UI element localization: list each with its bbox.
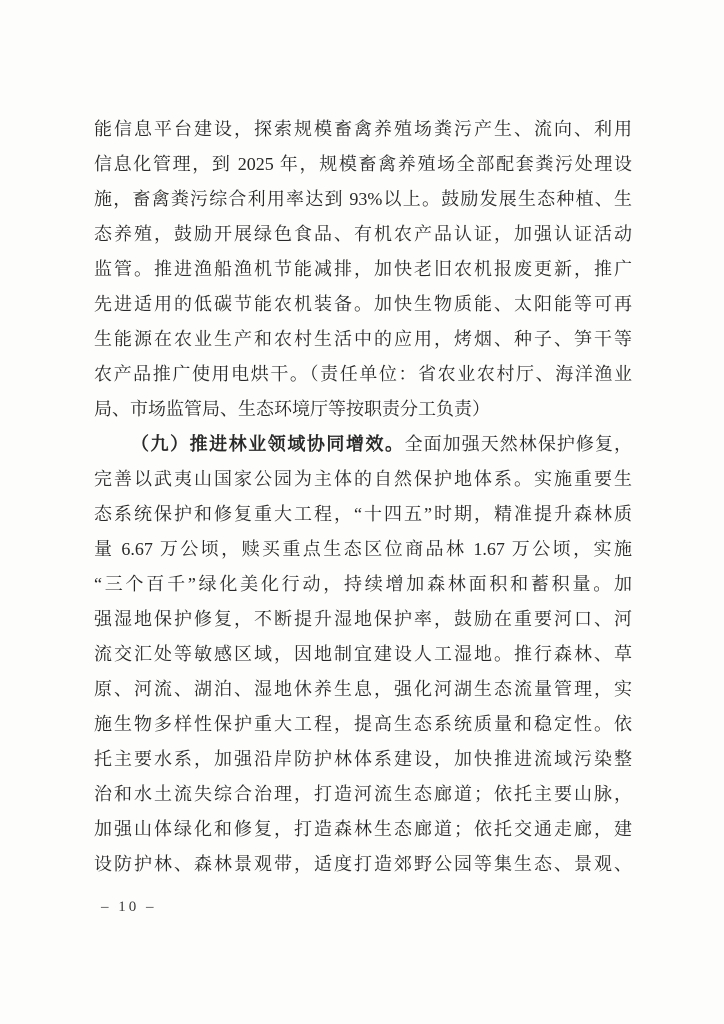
text-line: 托主要水系，加强沿岸防护林体系建设，加快推进流域污染整 <box>94 742 632 777</box>
text-line: 完善以武夷山国家公园为主体的自然保护地体系。实施重要生 <box>94 462 632 497</box>
text-line: 量 6.67 万公顷，赎买重点生态区位商品林 1.67 万公顷，实施 <box>94 532 632 567</box>
text-line: 施生物多样性保护重大工程，提高生态系统质量和稳定性。依 <box>94 707 632 742</box>
text-line-paragraph-end: 局、市场监管局、生态环境厅等按职责分工负责） <box>94 392 632 427</box>
text-line: 原、河流、湖泊、湿地休养生息，强化河湖生态流量管理，实 <box>94 672 632 707</box>
text-line: “三个百千”绿化美化行动，持续增加森林面积和蓄积量。加 <box>94 567 632 602</box>
text-line: 强湿地保护修复，不断提升湿地保护率，鼓励在重要河口、河 <box>94 602 632 637</box>
text-line: 能信息平台建设，探索规模畜禽养殖场粪污产生、流向、利用 <box>94 112 632 147</box>
document-body: 能信息平台建设，探索规模畜禽养殖场粪污产生、流向、利用 信息化管理，到 2025… <box>94 112 632 882</box>
text-line: 生能源在农业生产和农村生活中的应用，烤烟、种子、笋干等 <box>94 322 632 357</box>
page-number: – 10 – <box>101 899 157 915</box>
section-heading-title: （九）推进林业领域协同增效。 <box>131 434 405 454</box>
text-line: 态系统保护和修复重大工程，“十四五”时期，精准提升森林质 <box>94 497 632 532</box>
text-line: 态养殖，鼓励开展绿色食品、有机农产品认证，加强认证活动 <box>94 217 632 252</box>
text-line: 加强山体绿化和修复，打造森林生态廊道；依托交通走廊，建 <box>94 812 632 847</box>
text-line: 信息化管理，到 2025 年，规模畜禽养殖场全部配套粪污处理设 <box>94 147 632 182</box>
page-footer: – 10 – <box>101 899 157 916</box>
text-line: 施，畜禽粪污综合利用率达到 93%以上。鼓励发展生态种植、生 <box>94 182 632 217</box>
document-page: 能信息平台建设，探索规模畜禽养殖场粪污产生、流向、利用 信息化管理，到 2025… <box>0 0 724 1024</box>
section-heading-continuation: 全面加强天然林保护修复， <box>405 434 632 454</box>
text-line: 治和水土流失综合治理，打造河流生态廊道；依托主要山脉， <box>94 777 632 812</box>
text-line: 农产品推广使用电烘干。（责任单位：省农业农村厅、海洋渔业 <box>94 357 632 392</box>
text-line: 监管。推进渔船渔机节能减排，加快老旧农机报废更新，推广 <box>94 252 632 287</box>
text-line: 设防护林、森林景观带，适度打造郊野公园等集生态、景观、 <box>94 847 632 882</box>
section-heading-line: （九）推进林业领域协同增效。全面加强天然林保护修复， <box>94 427 632 462</box>
text-line: 先进适用的低碳节能农机装备。加快生物质能、太阳能等可再 <box>94 287 632 322</box>
text-line: 流交汇处等敏感区域，因地制宜建设人工湿地。推行森林、草 <box>94 637 632 672</box>
